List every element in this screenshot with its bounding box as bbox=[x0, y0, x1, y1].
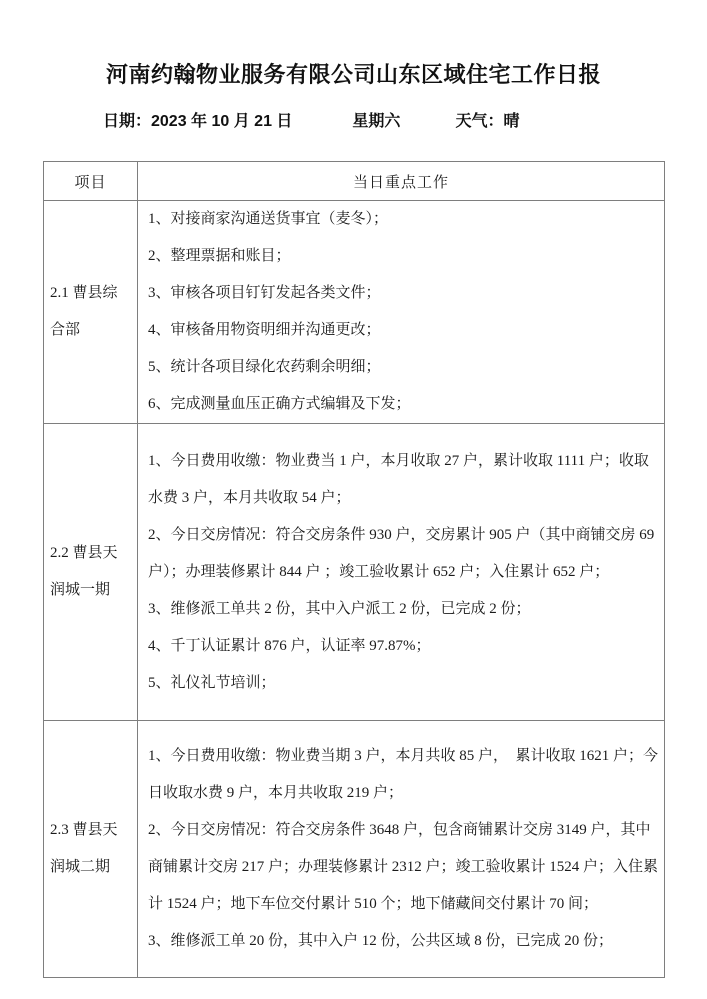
table-header-row: 项目 当日重点工作 bbox=[44, 162, 665, 201]
date-value: 日期：2023 年 10 月 21 日 bbox=[103, 113, 292, 130]
work-item: 5、礼仪礼节培训； bbox=[148, 665, 658, 702]
work-items-cell: 1、今日费用收缴：物业费当 1 户，本月收取 27 户，累计收取 1111 户；… bbox=[138, 424, 665, 721]
document-title: 河南约翰物业服务有限公司山东区域住宅工作日报 bbox=[0, 60, 707, 90]
project-name: 2.3 曹县天 润城二期 bbox=[44, 721, 138, 978]
table-row-caoxian-zonghebu: 2.1 曹县综 合部 1、对接商家沟通送货事宜（麦冬）； 2、整理票据和账目； … bbox=[44, 201, 665, 424]
work-items-cell: 1、对接商家沟通送货事宜（麦冬）； 2、整理票据和账目； 3、审核各项目钉钉发起… bbox=[138, 201, 665, 424]
work-items-cell: 1、今日费用收缴：物业费当期 3 户，本月共收 85 户， 累计收取 1621 … bbox=[138, 721, 665, 978]
work-item: 1、今日费用收缴：物业费当期 3 户，本月共收 85 户， 累计收取 1621 … bbox=[148, 738, 658, 812]
work-item: 3、审核各项目钉钉发起各类文件； bbox=[148, 275, 658, 312]
work-item: 4、审核备用物资明细并沟通更改； bbox=[148, 312, 658, 349]
daily-report-table: 项目 当日重点工作 2.1 曹县综 合部 1、对接商家沟通送货事宜（麦冬）； 2… bbox=[43, 161, 665, 978]
document-page: 河南约翰物业服务有限公司山东区域住宅工作日报 日期：2023 年 10 月 21… bbox=[0, 0, 707, 999]
table-row-tianruncheng-phase1: 2.2 曹县天 润城一期 1、今日费用收缴：物业费当 1 户，本月收取 27 户… bbox=[44, 424, 665, 721]
work-item: 5、统计各项目绿化农药剩余明细； bbox=[148, 349, 658, 386]
date-line: 日期：2023 年 10 月 21 日星期六天气：晴 bbox=[103, 112, 707, 132]
work-item: 3、维修派工单共 2 份，其中入户派工 2 份，已完成 2 份； bbox=[148, 591, 658, 628]
work-item: 2、今日交房情况：符合交房条件 930 户，交房累计 905 户（其中商铺交房 … bbox=[148, 517, 658, 591]
project-name: 2.1 曹县综 合部 bbox=[44, 201, 138, 424]
work-item: 3、维修派工单 20 份，其中入户 12 份，公共区域 8 份，已完成 20 份… bbox=[148, 923, 658, 960]
work-item: 1、今日费用收缴：物业费当 1 户，本月收取 27 户，累计收取 1111 户；… bbox=[148, 443, 658, 517]
work-item: 6、完成测量血压正确方式编辑及下发； bbox=[148, 386, 658, 423]
weather-value: 天气：晴 bbox=[455, 113, 519, 130]
table-row-tianruncheng-phase2: 2.3 曹县天 润城二期 1、今日费用收缴：物业费当期 3 户，本月共收 85 … bbox=[44, 721, 665, 978]
work-item: 2、今日交房情况：符合交房条件 3648 户，包含商铺累计交房 3149 户，其… bbox=[148, 812, 658, 923]
project-name: 2.2 曹县天 润城一期 bbox=[44, 424, 138, 721]
work-item: 4、千丁认证累计 876 户，认证率 97.87%； bbox=[148, 628, 658, 665]
header-project: 项目 bbox=[44, 162, 138, 201]
work-item: 2、整理票据和账目； bbox=[148, 238, 658, 275]
weekday-value: 星期六 bbox=[352, 113, 400, 130]
header-key-work: 当日重点工作 bbox=[138, 162, 665, 201]
work-item: 1、对接商家沟通送货事宜（麦冬）； bbox=[148, 201, 658, 238]
